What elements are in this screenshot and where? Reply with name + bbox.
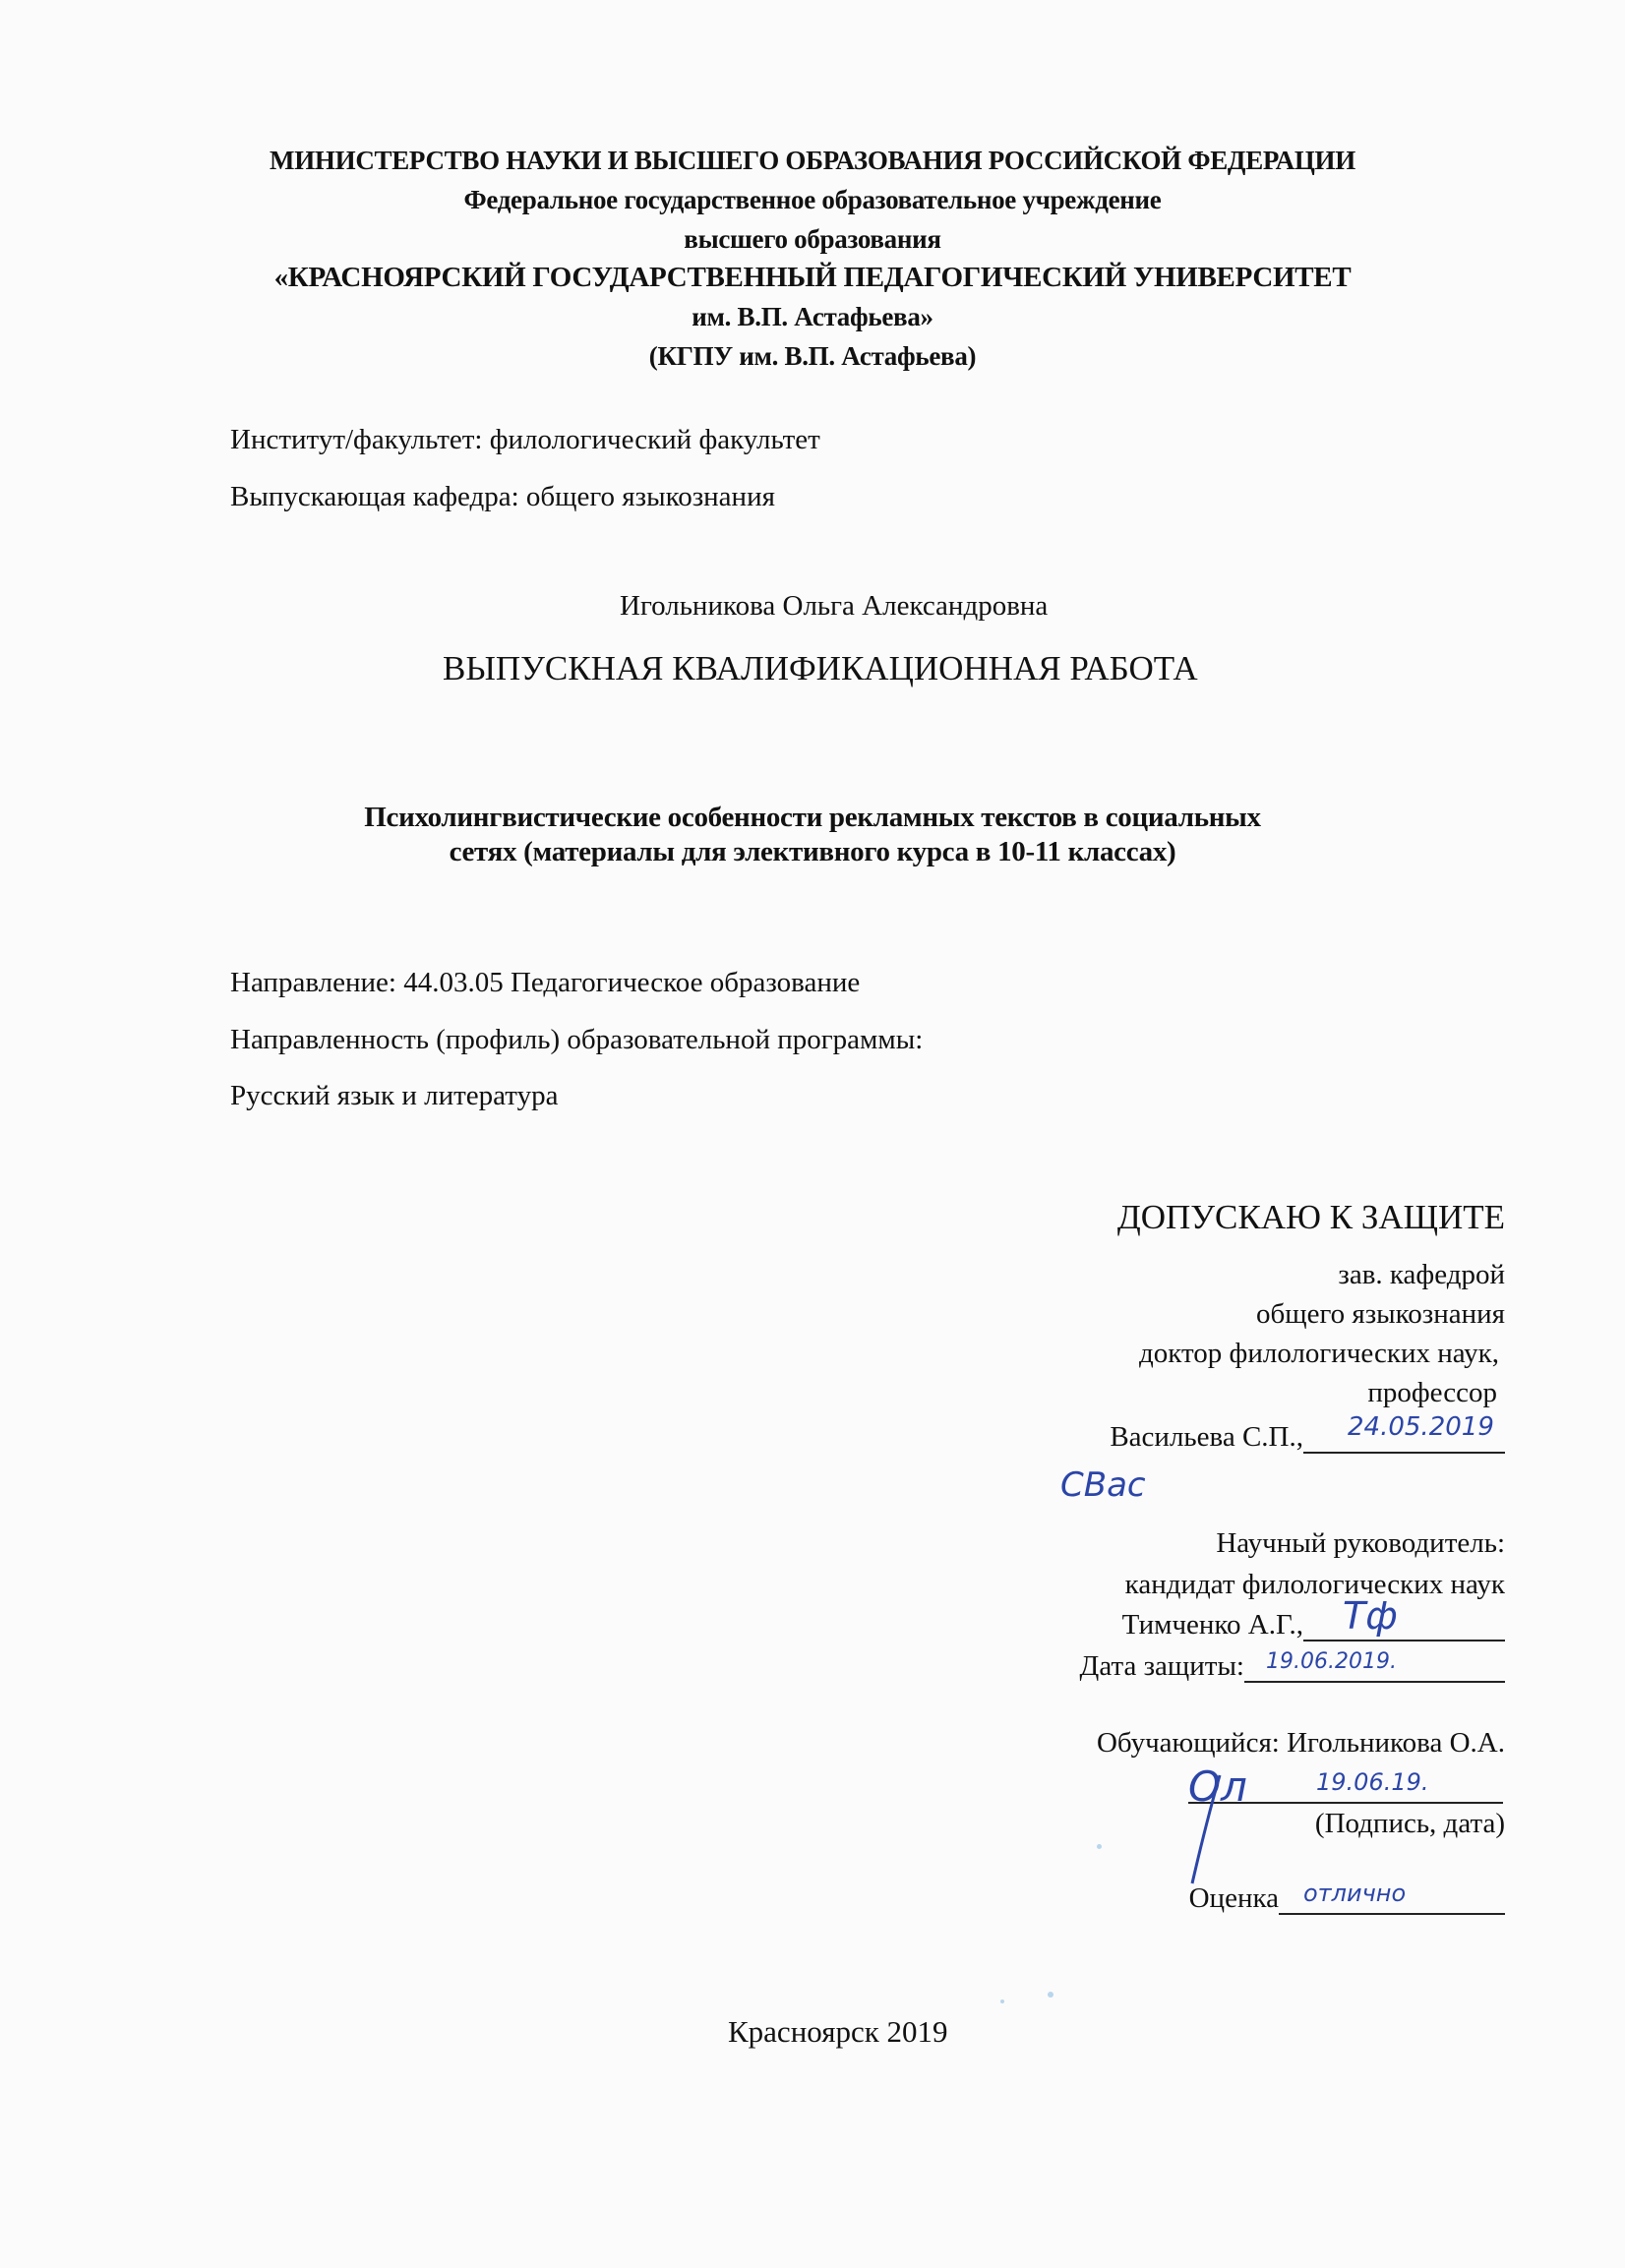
institute-line: Институт/факультет: филологический факул… (230, 424, 820, 456)
grade-handwritten-value: отлично (1303, 1880, 1406, 1907)
student-label: Обучающийся: Игольникова О.А. (1097, 1727, 1505, 1760)
profile-label: Направленность (профиль) образовательной… (230, 1024, 923, 1056)
approver-degree: доктор филологических наук, (1139, 1338, 1499, 1370)
scan-speck (1048, 1992, 1053, 1998)
defense-date-field: 19.06.2019. (1244, 1655, 1505, 1683)
direction-line: Направление: 44.03.05 Педагогическое обр… (230, 967, 860, 999)
university-abbreviation: (КГПУ им. В.П. Астафьева) (0, 341, 1625, 372)
university-name-cont: им. В.П. Астафьева» (0, 302, 1625, 332)
defense-date-label: Дата защиты: (1080, 1650, 1244, 1683)
thesis-title-line1: Психолингвистические особенности рекламн… (0, 802, 1625, 834)
department-line: Выпускающая кафедра: общего языкознания (230, 481, 775, 513)
scan-speck (1097, 1844, 1102, 1849)
approver-department: общего языкознания (1256, 1298, 1505, 1331)
approver-title: профессор (1367, 1377, 1497, 1409)
profile-value: Русский язык и литература (230, 1080, 558, 1112)
approver-date-field: 24.05.2019 (1303, 1426, 1505, 1454)
supervisor-name: Тимченко А.Г., (1122, 1609, 1303, 1641)
university-name: «КРАСНОЯРСКИЙ ГОСУДАРСТВЕННЫЙ ПЕДАГОГИЧЕ… (0, 262, 1625, 294)
supervisor-degree: кандидат филологических наук (1125, 1569, 1505, 1601)
scan-speck (1000, 1999, 1004, 2003)
grade-line: Оценка отлично (1189, 1882, 1505, 1915)
supervisor-label: Научный руководитель: (1216, 1527, 1505, 1560)
author-name: Игольникова Ольга Александровна (620, 590, 1048, 623)
defense-handwritten-date: 19.06.2019. (1266, 1649, 1397, 1674)
ministry-heading: МИНИСТЕРСТВО НАУКИ И ВЫСШЕГО ОБРАЗОВАНИЯ… (0, 146, 1625, 176)
city-year: Красноярск 2019 (728, 2014, 948, 2050)
work-type-heading: ВЫПУСКНАЯ КВАЛИФИКАЦИОННАЯ РАБОТА (443, 649, 1198, 688)
education-level: высшего образования (0, 224, 1625, 255)
signature-flourish-icon (1180, 1770, 1259, 1888)
supervisor-signature-field: Тф (1303, 1614, 1505, 1641)
approval-heading: ДОПУСКАЮ К ЗАЩИТЕ (1117, 1198, 1505, 1237)
thesis-title-line2: сетях (материалы для элективного курса в… (0, 836, 1625, 868)
approver-handwritten-date: 24.05.2019 (1348, 1412, 1494, 1442)
supervisor-signature: Тф (1343, 1594, 1398, 1638)
grade-label: Оценка (1189, 1882, 1279, 1915)
defense-date-line: Дата защиты: 19.06.2019. (1080, 1650, 1505, 1683)
approver-position: зав. кафедрой (1338, 1259, 1505, 1291)
approver-signature-line: Васильева С.П., 24.05.2019 (1110, 1421, 1505, 1454)
supervisor-signature-line: Тимченко А.Г., Тф (1122, 1609, 1505, 1641)
approver-name: Васильева С.П., (1110, 1421, 1303, 1454)
approver-signature: СВас (1060, 1465, 1146, 1505)
institution-type: Федеральное государственное образователь… (0, 185, 1625, 215)
student-handwritten-date: 19.06.19. (1316, 1768, 1429, 1796)
signature-caption: (Подпись, дата) (1315, 1808, 1505, 1840)
grade-field: отлично (1279, 1887, 1505, 1915)
